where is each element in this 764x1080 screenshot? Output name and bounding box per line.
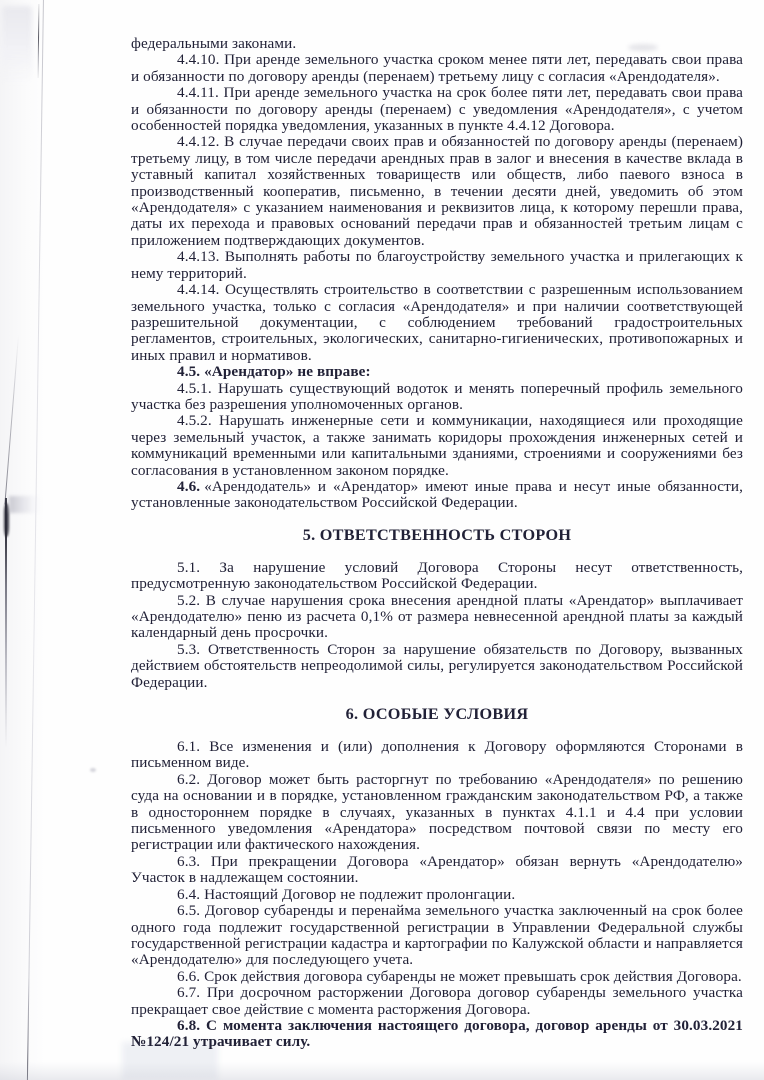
- contract-paragraph: 5.2. В случае нарушения срока внесения а…: [131, 593, 743, 642]
- contract-paragraph: федеральными законами.: [131, 36, 743, 52]
- contract-paragraph: 5.1. За нарушение условий Договора Сторо…: [131, 560, 743, 593]
- contract-paragraph: 4.5. «Арендатор» не вправе:: [131, 364, 743, 380]
- page-edge-line: [27, 0, 44, 1080]
- contract-paragraph: 6.8. С момента заключения настоящего дог…: [131, 1018, 743, 1051]
- contract-paragraph: 6.5. Договор субаренды и перенайма земел…: [131, 903, 743, 969]
- section-heading: 5. ОТВЕТСТВЕННОСТЬ СТОРОН: [131, 527, 743, 544]
- contract-paragraph: 4.4.13. Выполнять работы по благоустройс…: [131, 249, 743, 282]
- contract-paragraph: 6.6. Срок действия договора субаренды не…: [131, 969, 743, 985]
- contract-paragraph: 4.4.14. Осуществлять строительство в соо…: [131, 282, 743, 364]
- section-heading: 6. ОСОБЫЕ УСЛОВИЯ: [131, 706, 743, 723]
- clause-number: 4.6.: [177, 478, 204, 495]
- scan-smudge-top-left: [2, 6, 32, 82]
- scan-scratch-top-left: [38, 4, 40, 78]
- scan-scratch-left-upper: [4, 335, 19, 505]
- contract-paragraph: 6.3. При прекращении Договора «Арендатор…: [131, 854, 743, 887]
- contract-paragraph: 4.5.2. Нарушать инженерные сети и коммун…: [131, 413, 743, 479]
- contract-paragraph: 6.2. Договор может быть расторгнут по тр…: [131, 772, 743, 854]
- contract-paragraph: 6.4. Настоящий Договор не подлежит проло…: [131, 887, 743, 903]
- contract-paragraph: 4.6.«Арендодатель» и «Арендатор» имеют и…: [131, 479, 743, 512]
- contract-paragraph: 4.4.12. В случае передачи своих прав и о…: [131, 134, 743, 249]
- contract-paragraph: 6.1. Все изменения и (или) дополнения к …: [131, 739, 743, 772]
- scanned-contract-page: федеральными законами.4.4.10. При аренде…: [0, 0, 764, 1080]
- scan-bottom-edge-band: [0, 1062, 764, 1080]
- contract-paragraph: 4.4.10. При аренде земельного участка ср…: [131, 52, 743, 85]
- scan-scratch-left-lower: [5, 498, 7, 748]
- contract-paragraph: 5.3. Ответственность Сторон за нарушение…: [131, 642, 743, 691]
- contract-paragraph: 4.4.11. При аренде земельного участка на…: [131, 85, 743, 134]
- scan-smudge-left-margin: [9, 496, 41, 513]
- clause-text: «Арендодатель» и «Арендатор» имеют иные …: [131, 478, 743, 511]
- contract-text-column: федеральными законами.4.4.10. При аренде…: [131, 36, 743, 1051]
- scan-left-shadow-band: [0, 0, 46, 1080]
- contract-paragraph: 4.5.1. Нарушать существующий водоток и м…: [131, 381, 743, 414]
- scan-dot-left-margin: [90, 768, 96, 772]
- ink-blob-left-margin: [4, 503, 9, 537]
- contract-paragraph: 6.7. При досрочном расторжении Договора …: [131, 985, 743, 1018]
